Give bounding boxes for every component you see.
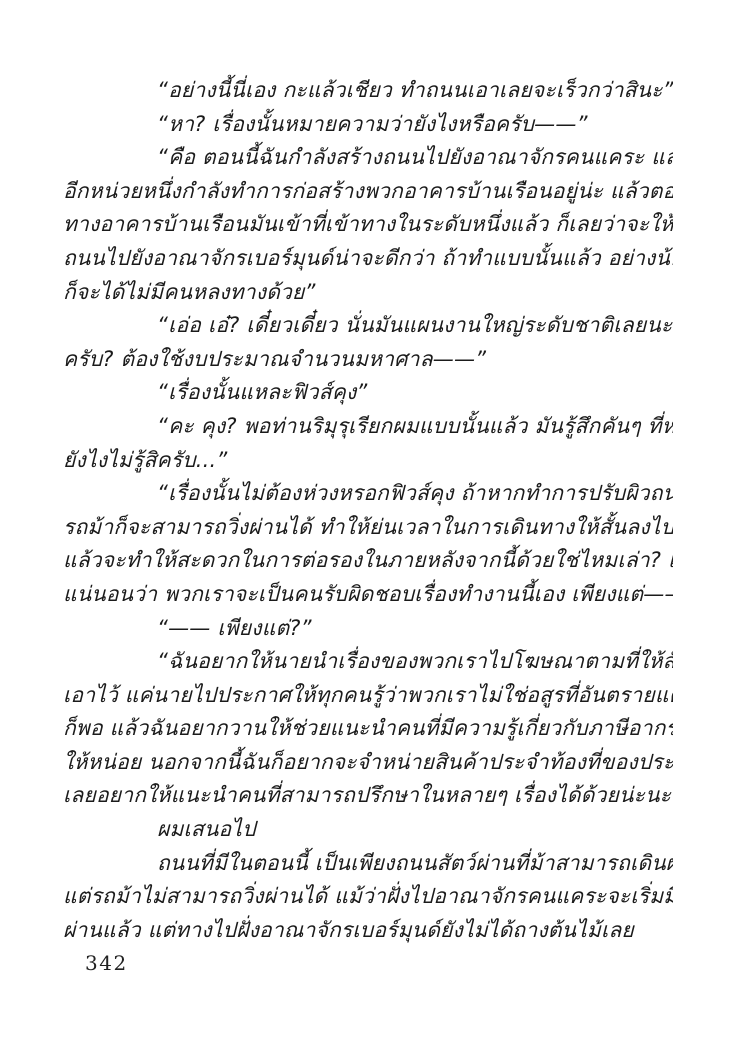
text-line: เลยอยากให้แนะนำคนที่สามารถปรึกษาในหลายๆ … [63, 779, 673, 813]
text-line: ก็จะได้ไม่มีคนหลงทางด้วย” [63, 276, 673, 310]
text-line: “ฉันอยากให้นายนำเรื่องของพวกเราไปโฆษณาตา… [63, 645, 673, 679]
text-line: แต่รถม้าไม่สามารถวิ่งผ่านได้ แม้ว่าฝั่งไ… [63, 880, 673, 914]
page-text: “อย่างนี้นี่เอง กะแล้วเชียว ทำถนนเอาเลยจ… [63, 74, 673, 947]
text-line: อีกหน่วยหนึ่งกำลังทำการก่อสร้างพวกอาคารบ… [63, 175, 673, 209]
text-line: ให้หน่อย นอกจากนี้ฉันก็อยากจะจำหน่ายสินค… [63, 746, 673, 780]
text-line: ก็พอ แล้วฉันอยากวานให้ช่วยแนะนำคนที่มีคว… [63, 712, 673, 746]
text-line: ผ่านแล้ว แต่ทางไปฝั่งอาณาจักรเบอร์มุนด์ย… [63, 914, 673, 948]
text-line: ผมเสนอไป [63, 813, 673, 847]
text-line: “เรื่องนั้นไม่ต้องห่วงหรอกฟิวส์คุง ถ้าหา… [63, 477, 673, 511]
text-line: แล้วจะทำให้สะดวกในการต่อรองในภายหลังจากน… [63, 544, 673, 578]
page-number: 342 [85, 951, 128, 975]
text-line: “เรื่องนั้นแหละฟิวส์คุง” [63, 376, 673, 410]
text-line: ทางอาคารบ้านเรือนมันเข้าที่เข้าทางในระดั… [63, 208, 673, 242]
text-line: “คะ คุง? พอท่านริมุรุเรียกผมแบบนั้นแล้ว … [63, 410, 673, 444]
text-line: “อย่างนี้นี่เอง กะแล้วเชียว ทำถนนเอาเลยจ… [63, 74, 673, 108]
book-page: “อย่างนี้นี่เอง กะแล้วเชียว ทำถนนเอาเลยจ… [0, 0, 738, 1051]
text-line: ครับ? ต้องใช้งบประมาณจำนวนมหาศาล——” [63, 343, 673, 377]
text-line: “หา? เรื่องนั้นหมายความว่ายังไงหรือครับ—… [63, 108, 673, 142]
text-line: “—— เพียงแต่?” [63, 612, 673, 646]
text-line: “เอ่อ เอ๋? เดี๋ยวเดี๋ยว นั่นมันแผนงานใหญ… [63, 309, 673, 343]
text-line: แน่นอนว่า พวกเราจะเป็นคนรับผิดชอบเรื่องท… [63, 578, 673, 612]
text-line: รถม้าก็จะสามารถวิ่งผ่านได้ ทำให้ย่นเวลาใ… [63, 511, 673, 545]
text-line: ยังไงไม่รู้สิครับ...” [63, 444, 673, 478]
text-line: “คือ ตอนนี้ฉันกำลังสร้างถนนไปยังอาณาจักร… [63, 141, 673, 175]
text-line: เอาไว้ แค่นายไปประกาศให้ทุกคนรู้ว่าพวกเร… [63, 679, 673, 713]
text-line: ถนนที่มีในตอนนี้ เป็นเพียงถนนสัตว์ผ่านที… [63, 847, 673, 881]
text-line: ถนนไปยังอาณาจักรเบอร์มุนด์น่าจะดีกว่า ถ้… [63, 242, 673, 276]
